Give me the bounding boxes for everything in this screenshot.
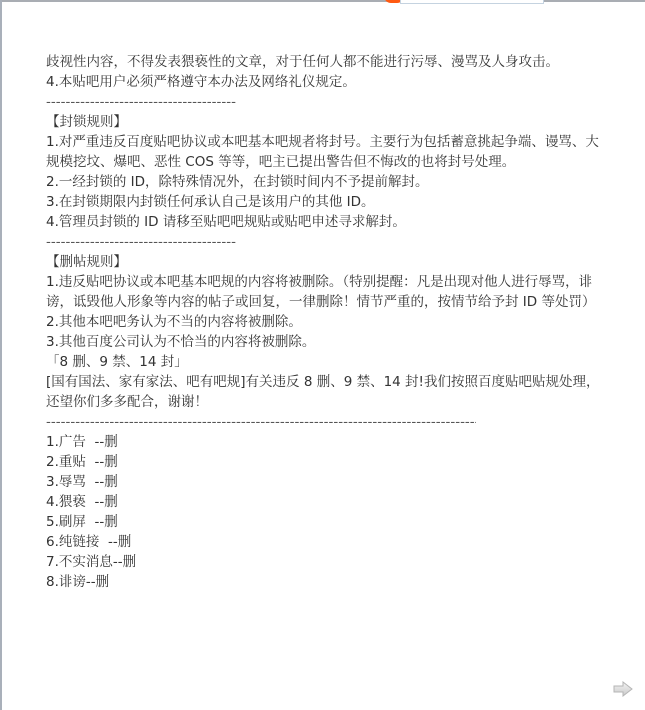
section-title: 【删帖规则】 xyxy=(46,252,606,272)
left-window-edge xyxy=(0,0,2,710)
rule-item: 3.其他百度公司认为不恰当的内容将被删除。 xyxy=(46,332,606,352)
rule-item: 1.对严重违反百度贴吧协议或本吧基本吧规者将封号。主要行为包括蓄意挑起争端、谩骂… xyxy=(46,132,606,172)
ban-rules-section: 【封锁规则】 1.对严重违反百度贴吧协议或本吧基本吧规者将封号。主要行为包括蓄意… xyxy=(46,112,606,232)
delete-list: 1.广告 --删 2.重贴 --删 3.辱骂 --删 4.猥亵 --删 5.刷屏… xyxy=(46,432,606,592)
summary-heading: 「8 删、9 禁、14 封」 xyxy=(46,352,606,372)
next-arrow-icon[interactable] xyxy=(613,681,633,697)
divider: ---------------------------------------- xyxy=(46,92,236,112)
top-window-edge xyxy=(0,0,645,2)
divider: ---------------------------------------- xyxy=(46,232,236,252)
list-item: 3.辱骂 --删 xyxy=(46,472,606,492)
intro-line: 4.本贴吧用户必须严格遵守本办法及网络礼仪规定。 xyxy=(46,72,606,92)
rule-item: 4.管理员封锁的 ID 请移至贴吧吧规贴或贴吧申述寻求解封。 xyxy=(46,212,606,232)
list-item: 8.诽谤--删 xyxy=(46,572,606,592)
top-popup-edge xyxy=(400,0,544,4)
list-item: 6.纯链接 --删 xyxy=(46,532,606,552)
rule-item: 3.在封锁期限内封锁任何承认自己是该用户的其他 ID。 xyxy=(46,192,606,212)
section-title: 【封锁规则】 xyxy=(46,112,606,132)
rule-item: 1.违反贴吧协议或本吧基本吧规的内容将被删除。（特别提醒：凡是出现对他人进行辱骂… xyxy=(46,272,606,312)
rule-item: 2.一经封锁的 ID，除特殊情况外，在封锁时间内不予提前解封。 xyxy=(46,172,606,192)
divider: ----------------------------------------… xyxy=(46,412,476,432)
list-item: 4.猥亵 --删 xyxy=(46,492,606,512)
list-item: 2.重贴 --删 xyxy=(46,452,606,472)
rule-item: 2.其他本吧吧务认为不当的内容将被删除。 xyxy=(46,312,606,332)
intro-line: 歧视性内容，不得发表猥亵性的文章，对于任何人都不能进行污辱、漫骂及人身攻击。 xyxy=(46,52,606,72)
list-item: 7.不实消息--删 xyxy=(46,552,606,572)
document-body: 歧视性内容，不得发表猥亵性的文章，对于任何人都不能进行污辱、漫骂及人身攻击。 4… xyxy=(46,52,606,592)
list-item: 1.广告 --删 xyxy=(46,432,606,452)
delete-rules-section: 【删帖规则】 1.违反贴吧协议或本吧基本吧规的内容将被删除。（特别提醒：凡是出现… xyxy=(46,252,606,352)
summary-text: [国有国法、家有家法、吧有吧规]有关违反 8 删、9 禁、14 封!我们按照百度… xyxy=(46,372,606,412)
list-item: 5.刷屏 --删 xyxy=(46,512,606,532)
